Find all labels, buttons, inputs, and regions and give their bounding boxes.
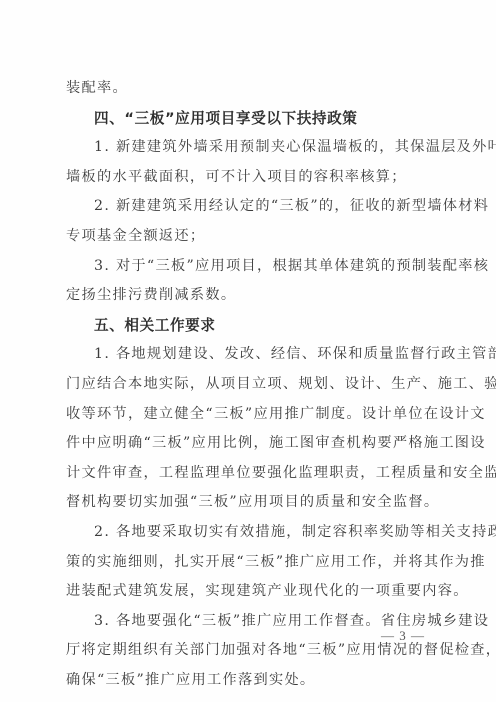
paragraph-4-2-line-2: 专项基金全额返还； (66, 222, 434, 252)
paragraph-5-3-line-2: 厅将定期组织有关部门加强对各地“三板”应用情况的督促检查， (66, 636, 434, 666)
paragraph-5-1-line-4: 件中应明确“三板”应用比例，施工图审查机构要严格施工图设 (66, 429, 434, 459)
document-body: 装配率。 四、“三板”应用项目享受以下扶持政策 1. 新建建筑外墙采用预制夹心保… (66, 74, 434, 695)
document-page: 装配率。 四、“三板”应用项目享受以下扶持政策 1. 新建建筑外墙采用预制夹心保… (0, 0, 496, 702)
page-number: — 3 — (381, 628, 425, 644)
section-heading-5: 五、相关工作要求 (66, 311, 434, 341)
paragraph-5-1-line-6: 督机构要切实加强“三板”应用项目的质量和安全监督。 (66, 488, 434, 518)
paragraph-5-2-line-1: 2. 各地要采取切实有效措施，制定容积率奖励等相关支持政 (66, 518, 434, 548)
paragraph-5-1-line-2: 门应结合本地实际，从项目立项、规划、设计、生产、施工、验 (66, 370, 434, 400)
paragraph-5-3-line-1: 3. 各地要强化“三板”推广应用工作督查。省住房城乡建设 (66, 607, 434, 637)
paragraph-4-1-line-1: 1. 新建建筑外墙采用预制夹心保温墙板的，其保温层及外叶 (66, 133, 434, 163)
paragraph-4-3-line-2: 定扬尘排污费削减系数。 (66, 281, 434, 311)
paragraph-4-2-line-1: 2. 新建建筑采用经认定的“三板”的，征收的新型墙体材料 (66, 192, 434, 222)
paragraph-4-3-line-1: 3. 对于“三板”应用项目，根据其单体建筑的预制装配率核 (66, 252, 434, 282)
paragraph-5-1-line-5: 计文件审查，工程监理单位要强化监理职责，工程质量和安全监 (66, 459, 434, 489)
paragraph-4-1-line-2: 墙板的水平截面积，可不计入项目的容积率核算； (66, 163, 434, 193)
paragraph-5-1-line-1: 1. 各地规划建设、发改、经信、环保和质量监督行政主管部 (66, 340, 434, 370)
paragraph-5-3-line-3: 确保“三板”推广应用工作落到实处。 (66, 666, 434, 696)
paragraph-5-1-line-3: 收等环节，建立健全“三板”应用推广制度。设计单位在设计文 (66, 400, 434, 430)
paragraph-5-2-line-2: 策的实施细则，扎实开展“三板”推广应用工作，并将其作为推 (66, 548, 434, 578)
text-line-continuation: 装配率。 (66, 74, 434, 104)
paragraph-5-2-line-3: 进装配式建筑发展，实现建筑产业现代化的一项重要内容。 (66, 577, 434, 607)
section-heading-4: 四、“三板”应用项目享受以下扶持政策 (66, 104, 434, 134)
